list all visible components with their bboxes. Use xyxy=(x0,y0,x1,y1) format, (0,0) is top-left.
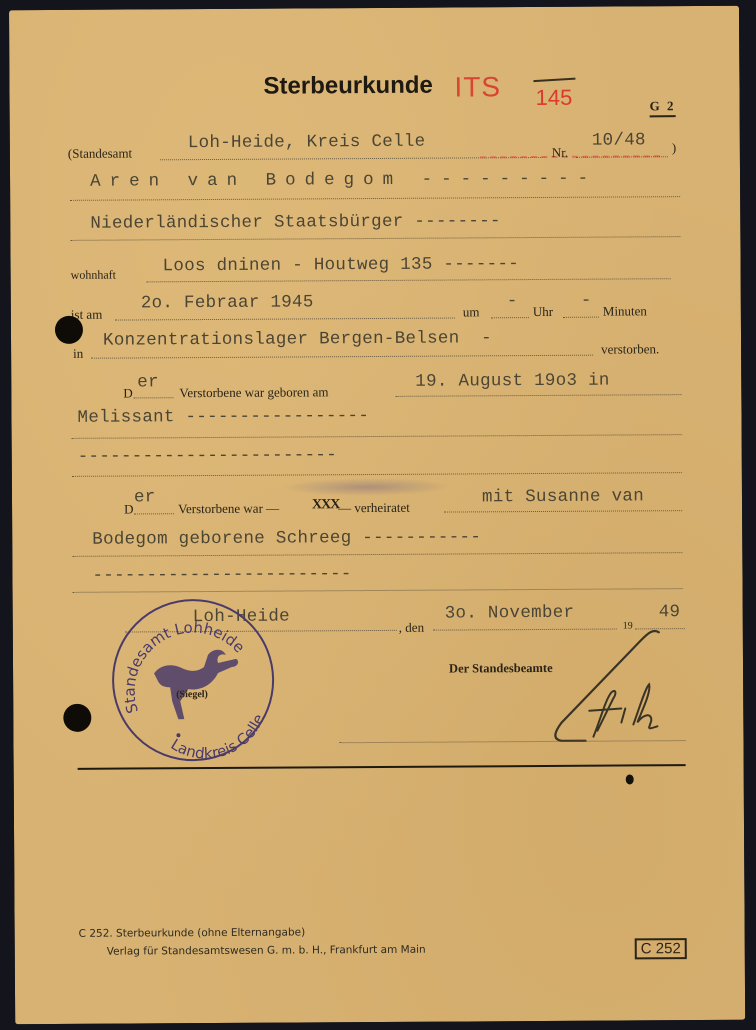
punch-hole-top xyxy=(55,316,83,344)
official-seal: Standesamt Lohheide Landkreis Celle (Sie… xyxy=(112,599,275,762)
time-hours-value: - xyxy=(507,291,518,311)
section-divider xyxy=(78,764,686,770)
residence-line xyxy=(147,278,671,282)
birth-blank-underline xyxy=(72,472,682,477)
marital-gender-suffix: er xyxy=(134,487,156,507)
close-paren: ) xyxy=(672,140,676,156)
place-line xyxy=(91,355,593,359)
its-red-stamp: ITS xyxy=(454,71,501,103)
seal-center-label: (Siegel) xyxy=(176,689,208,700)
marital-label-2: — verheiratet xyxy=(338,500,410,516)
stamp-overline xyxy=(533,78,575,82)
marital-struck-text: XXX xyxy=(312,497,339,513)
marital-prefix: D xyxy=(124,501,133,517)
time-minutes-label: Minuten xyxy=(603,303,647,319)
birth-place-line xyxy=(72,434,682,439)
citizenship-value: Niederländischer Staatsbürger -------- xyxy=(90,211,501,234)
spouse-line-2 xyxy=(72,552,682,557)
issue-year-value: 49 xyxy=(659,602,681,622)
faint-stamp-smudge xyxy=(282,478,452,497)
place-value: Konzentrationslager Bergen-Belsen - xyxy=(103,328,492,350)
spouse-value-2: Bodegom geborene Schreeg ----------- xyxy=(92,527,481,549)
place-label: in xyxy=(73,346,83,362)
citizenship-line xyxy=(70,236,680,241)
signature-icon xyxy=(541,626,672,747)
marital-label-1: Verstorbene war — xyxy=(178,501,279,518)
nr-label: Nr. xyxy=(552,145,568,161)
spouse-line-1 xyxy=(444,510,682,512)
footer-publisher: Verlag für Standesamtswesen G. m. b. H.,… xyxy=(107,944,426,958)
time-minutes-value: - xyxy=(581,291,592,311)
time-um-label: um xyxy=(463,304,480,320)
punch-hole-bottom xyxy=(63,704,91,732)
footer-form-code: C 252 xyxy=(635,938,687,959)
birth-date-value: 19. August 19o3 in xyxy=(415,371,610,392)
official-label: Der Standesbeamte xyxy=(449,661,553,677)
birth-blank-line: ------------------------ xyxy=(78,445,337,467)
spouse-blank-line: ------------------------ xyxy=(92,564,351,586)
issue-date-value: 3o. November xyxy=(445,603,575,624)
birth-date-line xyxy=(395,394,681,397)
spouse-blank-underline xyxy=(73,588,683,593)
its-reference-number: 145 xyxy=(535,85,572,111)
name-line xyxy=(70,196,680,201)
minutes-line xyxy=(563,317,599,318)
footer-form-title: C 252. Sterbeurkunde (ohne Elternangabe) xyxy=(79,926,306,939)
nr-line xyxy=(576,156,668,158)
horse-icon xyxy=(154,650,239,720)
deceased-name: Aren van Bodegom --------- xyxy=(90,169,597,192)
registry-value: Loh-Heide, Kreis Celle xyxy=(188,132,426,153)
residence-value: Loos dninen - Houtweg 135 ------- xyxy=(163,254,520,276)
birth-gender-suffix: er xyxy=(137,372,159,392)
marital-gender-line xyxy=(134,513,174,514)
registry-label: (Standesamt xyxy=(68,145,132,161)
residence-label: wohnhaft xyxy=(71,268,116,283)
birth-label: Verstorbene war geboren am xyxy=(179,384,328,401)
document-title: Sterbeurkunde xyxy=(263,72,433,101)
birth-place-value: Melissant ----------------- xyxy=(77,406,369,428)
nr-value: 10/48 xyxy=(592,130,646,150)
spouse-value-1: mit Susanne van xyxy=(482,486,644,507)
issue-den-label: , den xyxy=(399,620,424,636)
ink-spot xyxy=(626,774,634,784)
death-date-line xyxy=(115,318,455,321)
hours-line xyxy=(491,317,529,318)
death-certificate-page: Sterbeurkunde ITS 145 G 2 (Standesamt Lo… xyxy=(9,6,745,1024)
time-uhr-label: Uhr xyxy=(533,304,553,320)
birth-gender-line xyxy=(133,397,173,398)
seal-svg: Standesamt Lohheide Landkreis Celle (Sie… xyxy=(114,601,273,760)
death-date-value: 2o. Febraar 1945 xyxy=(141,292,314,313)
form-code: G 2 xyxy=(650,98,676,117)
birth-prefix: D xyxy=(123,385,132,401)
deceased-label: verstorben. xyxy=(601,341,659,357)
